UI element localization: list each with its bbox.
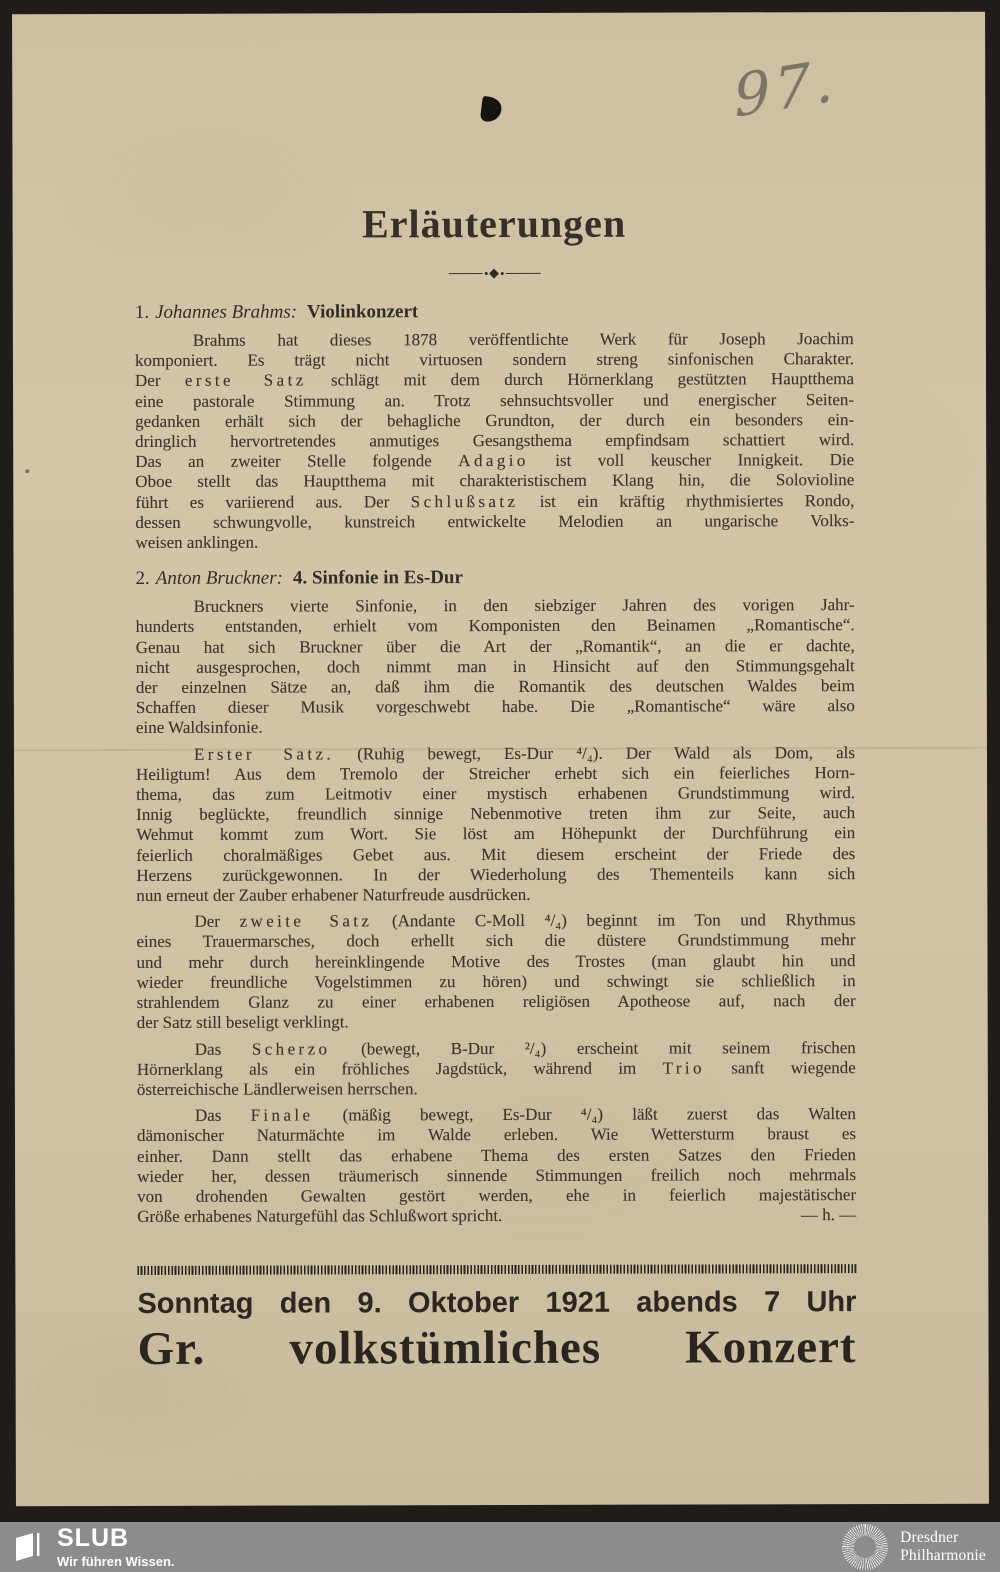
work-title: 4. Sinfonie in Es-Dur (293, 567, 463, 588)
sunburst-icon (842, 1524, 888, 1570)
letterspaced-term: Trio (663, 1058, 705, 1077)
text-segment: wieder her, dessen träumerisch sinnende … (137, 1165, 856, 1186)
text-line: von drohenden Gewalten gestört werden, e… (137, 1185, 856, 1207)
dresdner-philharmonie-logo: Dresdner Philharmonie (842, 1524, 986, 1570)
letterspaced-term: Finale (251, 1106, 314, 1125)
slub-wordmark: SLUB (57, 1526, 175, 1551)
text-line: eine Waldsinfonie. (136, 717, 855, 739)
text-line: Innig beglückte, freundlich sinnige Nebe… (136, 803, 855, 825)
text-segment: gedanken erhält sich der behagliche Grun… (135, 410, 854, 431)
text-line: Bruckners vierte Sinfonie, in den siebzi… (136, 595, 855, 617)
text-segment: (Andante C-Moll ⁴/₄) beginnt im Ton und … (372, 910, 855, 930)
text-line: hunderts entstanden, erhielt vom Komponi… (136, 616, 855, 638)
text-line: dringlich hervortretendes anmutiges Gesa… (135, 430, 854, 452)
text-segment: Der (194, 912, 239, 931)
divider-dot (484, 272, 488, 276)
text-segment: führt es variierend aus. Der (135, 492, 410, 512)
text-line: wieder freundliche Vogelstimmen zu hören… (137, 971, 856, 993)
text-segment: Hörnerklang als ein fröhliches Jagdstück… (137, 1058, 663, 1078)
letterspaced-term: Adagio (458, 451, 529, 470)
text-line: führt es variierend aus. Der Schlußsatz … (135, 491, 854, 513)
text-line: nun erneut der Zauber erhabener Naturfre… (136, 884, 855, 906)
composer-name: Johannes Brahms: (155, 302, 297, 323)
composer-name: Anton Bruckner: (156, 568, 283, 589)
text-line: dämonischer Naturmächte im Walde erleben… (137, 1124, 856, 1146)
text-segment: sanft wiegende (705, 1058, 856, 1077)
letterspaced-term: erste Satz (185, 371, 307, 390)
section-heading: 1.Johannes Brahms:Violinkonzert (135, 299, 854, 325)
text-segment: von drohenden Gewalten gestört werden, e… (137, 1185, 856, 1206)
divider-line (506, 273, 540, 275)
partner-name-line2: Philharmonie (900, 1547, 986, 1565)
viewer-footer-bar: SLUB Wir führen Wissen. Dresdner Philhar… (0, 1522, 1000, 1572)
text-segment: feierlich choralmäßiges Gebet aus. Mit d… (136, 844, 855, 865)
text-line: feierlich choralmäßiges Gebet aus. Mit d… (136, 844, 855, 866)
text-segment: — h. — (801, 1205, 856, 1225)
text-line: wieder her, dessen träumerisch sinnende … (137, 1165, 856, 1187)
text-segment: eines Trauermarsches, doch erhellt sich … (136, 931, 855, 952)
announcement-date: Sonntag den 9. Oktober 1921 abends 7 Uhr (137, 1286, 856, 1321)
text-segment: dessen schwungvolle, kunstreich entwicke… (135, 511, 854, 532)
text-line: Hörnerklang als ein fröhliches Jagdstück… (137, 1058, 856, 1080)
text-line: und mehr durch hereinklingende Motive de… (137, 951, 856, 973)
text-line: Brahms hat dieses 1878 veröffentlichte W… (135, 329, 854, 351)
text-line: österreichische Ländlerweisen herrschen. (137, 1078, 856, 1100)
text-segment: und mehr durch hereinklingende Motive de… (137, 951, 856, 972)
text-segment: schlägt mit dem durch Hörnerklang gestüt… (307, 369, 854, 389)
text-segment: weisen anklingen. (135, 533, 258, 552)
text-segment: Bruckners vierte Sinfonie, in den siebzi… (194, 595, 855, 616)
text-line: Das Scherzo (bewegt, B-Dur ²/₄) erschein… (137, 1038, 856, 1060)
letterspaced-term: zweite Satz (240, 912, 373, 931)
text-line: der Satz still beseligt verklingt. (137, 1011, 856, 1033)
text-segment: nicht ausgesprochen, doch nimmt man in H… (136, 656, 855, 677)
text-segment: österreichische Ländlerweisen herrschen. (137, 1079, 418, 1099)
text-segment: hunderts entstanden, erhielt vom Komponi… (136, 616, 855, 637)
text-segment: (bewegt, B-Dur ²/₄) erscheint mit seinem… (330, 1038, 855, 1058)
page-title: Erläuterungen (135, 202, 854, 246)
text-segment: (Ruhig bewegt, Es-Dur ⁴/₄). Der Wald als… (334, 743, 855, 763)
text-segment: ist ein kräftig rhythmisiertes Rondo, (518, 491, 854, 511)
paragraph: Das Scherzo (bewegt, B-Dur ²/₄) erschein… (137, 1038, 856, 1100)
text-segment: einher. Dann stellt das erhabene Thema d… (137, 1145, 856, 1166)
handwritten-number: 97. (732, 46, 839, 131)
text-line: Herzens zurückgewonnen. In der Wiederhol… (136, 864, 855, 886)
slub-book-icon (15, 1532, 45, 1562)
letterspaced-term: Erster Satz. (194, 744, 334, 763)
section-heading: 2.Anton Bruckner:4. Sinfonie in Es-Dur (135, 565, 854, 591)
announcement-title: Gr. volkstümliches Konzert (137, 1324, 856, 1373)
text-segment: eine Waldsinfonie. (136, 718, 263, 737)
text-segment: Genau hat sich Bruckner über die Art der… (136, 636, 855, 657)
text-line: thema, das zum Leitmotiv einer mystisch … (136, 783, 855, 805)
text-line: dessen schwungvolle, kunstreich entwicke… (135, 511, 854, 533)
program-notes: 1.Johannes Brahms:ViolinkonzertBrahms ha… (135, 299, 856, 1227)
text-segment: (mäßig bewegt, Es-Dur ⁴/₄) läßt zuerst d… (313, 1104, 856, 1124)
text-segment: Größe erhabenes Naturgefühl das Schlußwo… (137, 1206, 502, 1227)
divider-line (448, 273, 482, 275)
text-segment: Schaffen dieser Musik vorgeschwebt habe.… (136, 696, 855, 717)
paragraph: Brahms hat dieses 1878 veröffentlichte W… (135, 329, 855, 553)
work-title: Violinkonzert (307, 301, 418, 322)
slub-logo: SLUB Wir führen Wissen. (15, 1526, 175, 1568)
text-line: der einzelnen Sätze an, daß ihm die Roma… (136, 676, 855, 698)
announcement: Sonntag den 9. Oktober 1921 abends 7 Uhr… (137, 1264, 856, 1373)
text-line: Das Finale (mäßig bewegt, Es-Dur ⁴/₄) lä… (137, 1104, 856, 1126)
text-segment: wieder freundliche Vogelstimmen zu hören… (137, 971, 856, 992)
text-line: eines Trauermarsches, doch erhellt sich … (136, 931, 855, 953)
text-line: Heiligtum! Aus dem Tremolo der Streicher… (136, 763, 855, 785)
text-line: Der erste Satz schlägt mit dem durch Hör… (135, 369, 854, 391)
text-line: Schaffen dieser Musik vorgeschwebt habe.… (136, 696, 855, 718)
text-segment: komponiert. Es trägt nicht virtuosen son… (135, 349, 854, 370)
text-line: Oboe stellt das Hauptthema mit charakter… (135, 470, 854, 492)
section-number: 2. (135, 568, 149, 589)
text-segment: Der (135, 371, 185, 390)
title-divider-ornament (448, 269, 540, 278)
text-segment: Das (195, 1106, 251, 1125)
letterspaced-term: Scherzo (252, 1039, 331, 1058)
text-segment: Das an zweiter Stelle folgende (135, 451, 458, 471)
text-segment: dringlich hervortretendes anmutiges Gesa… (135, 430, 854, 451)
text-line: komponiert. Es trägt nicht virtuosen son… (135, 349, 854, 371)
text-segment: Herzens zurückgewonnen. In der Wiederhol… (136, 864, 855, 885)
line-spacer (502, 1205, 801, 1226)
letterspaced-term: Schlußsatz (411, 492, 519, 511)
text-segment: eine pastorale Stimmung an. Trotz sehnsu… (135, 390, 854, 411)
text-line: strahlendem Glanz zu einer erhabenen rel… (137, 991, 856, 1013)
text-line: einher. Dann stellt das erhabene Thema d… (137, 1145, 856, 1167)
divider-diamond (490, 269, 499, 278)
text-segment: Brahms hat dieses 1878 veröffentlichte W… (193, 329, 854, 350)
text-line: eine pastorale Stimmung an. Trotz sehnsu… (135, 390, 854, 412)
paragraph: Das Finale (mäßig bewegt, Es-Dur ⁴/₄) lä… (137, 1104, 856, 1227)
text-line: Wehmut kommt zum Wort. Sie löst am Höhep… (136, 824, 855, 846)
paper-speck (25, 469, 29, 473)
slub-tagline: Wir führen Wissen. (57, 1555, 175, 1568)
text-line: Größe erhabenes Naturgefühl das Schlußwo… (137, 1205, 856, 1227)
paper: 97. Erläuterungen 1.Johannes Brahms:Viol… (12, 12, 989, 1507)
text-segment: Wehmut kommt zum Wort. Sie löst am Höhep… (136, 824, 855, 845)
divider-dot (500, 272, 504, 276)
text-segment: nun erneut der Zauber erhabener Naturfre… (136, 885, 530, 905)
text-segment: Innig beglückte, freundlich sinnige Nebe… (136, 803, 855, 824)
text-line: Genau hat sich Bruckner über die Art der… (136, 636, 855, 658)
text-line: weisen anklingen. (135, 531, 854, 553)
partner-name-line1: Dresdner (900, 1529, 986, 1547)
text-line: Erster Satz. (Ruhig bewegt, Es-Dur ⁴/₄).… (136, 743, 855, 765)
paragraph: Der zweite Satz (Andante C-Moll ⁴/₄) beg… (136, 910, 855, 1033)
text-segment: Oboe stellt das Hauptthema mit charakter… (135, 470, 854, 491)
paragraph: Erster Satz. (Ruhig bewegt, Es-Dur ⁴/₄).… (136, 743, 855, 907)
ink-blot (480, 96, 503, 123)
hatched-rule (137, 1264, 856, 1275)
section-number: 1. (135, 302, 149, 323)
text-line: gedanken erhält sich der behagliche Grun… (135, 410, 854, 432)
text-segment: Das (195, 1039, 252, 1058)
text-line: nicht ausgesprochen, doch nimmt man in H… (136, 656, 855, 678)
text-line: Der zweite Satz (Andante C-Moll ⁴/₄) beg… (136, 910, 855, 932)
text-segment: strahlendem Glanz zu einer erhabenen rel… (137, 991, 856, 1012)
paragraph: Bruckners vierte Sinfonie, in den siebzi… (136, 595, 855, 738)
text-segment: thema, das zum Leitmotiv einer mystisch … (136, 783, 855, 804)
scan-page: 97. Erläuterungen 1.Johannes Brahms:Viol… (0, 0, 1000, 1572)
text-segment: dämonischer Naturmächte im Walde erleben… (137, 1124, 856, 1145)
text-segment: der Satz still beseligt verklingt. (137, 1013, 349, 1033)
text-line: Das an zweiter Stelle folgende Adagio is… (135, 450, 854, 472)
text-segment: Heiligtum! Aus dem Tremolo der Streicher… (136, 763, 855, 784)
text-segment: der einzelnen Sätze an, daß ihm die Roma… (136, 676, 855, 697)
text-segment: ist voll keuscher Innigkeit. Die (529, 450, 855, 470)
